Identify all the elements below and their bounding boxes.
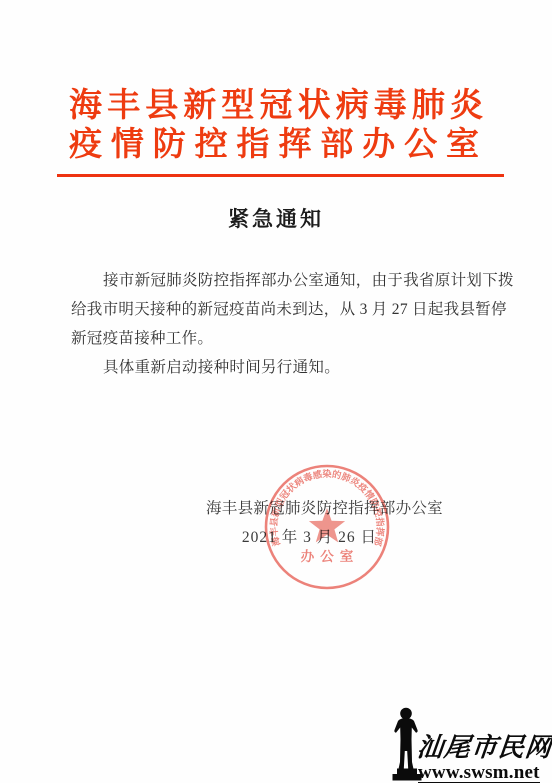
body-line: 接市新冠肺炎防控指挥部办公室通知，由于我省原计划下拨	[71, 266, 509, 295]
notice-body: 接市新冠肺炎防控指挥部办公室通知，由于我省原计划下拨 给我市明天接种的新冠疫苗尚…	[71, 266, 509, 382]
signature-date: 2021 年 3 月 26 日	[242, 523, 377, 552]
scanned-notice-page: 海丰县新型冠状病毒肺炎 疫情防控指挥部办公室 紧急通知 接市新冠肺炎防控指挥部办…	[0, 0, 552, 783]
site-watermark: 汕尾市民网 www.swsm.net	[386, 703, 552, 783]
body-line: 给我市明天接种的新冠疫苗尚未到达，从 3 月 27 日起我县暂停	[71, 295, 509, 324]
letterhead-divider	[57, 174, 504, 177]
watermark-site-url: www.swsm.net	[418, 763, 540, 783]
watermark-site-name: 汕尾市民网	[416, 735, 552, 761]
signature-organization: 海丰县新冠肺炎防控指挥部办公室	[206, 494, 443, 523]
notice-title: 紧急通知	[0, 209, 552, 230]
body-line: 具体重新启动接种时间另行通知。	[71, 353, 509, 382]
letterhead-line-2: 疫情防控指挥部办公室	[69, 129, 487, 162]
body-line: 新冠疫苗接种工作。	[71, 324, 509, 353]
letterhead-line-1: 海丰县新型冠状病毒肺炎	[69, 90, 487, 123]
